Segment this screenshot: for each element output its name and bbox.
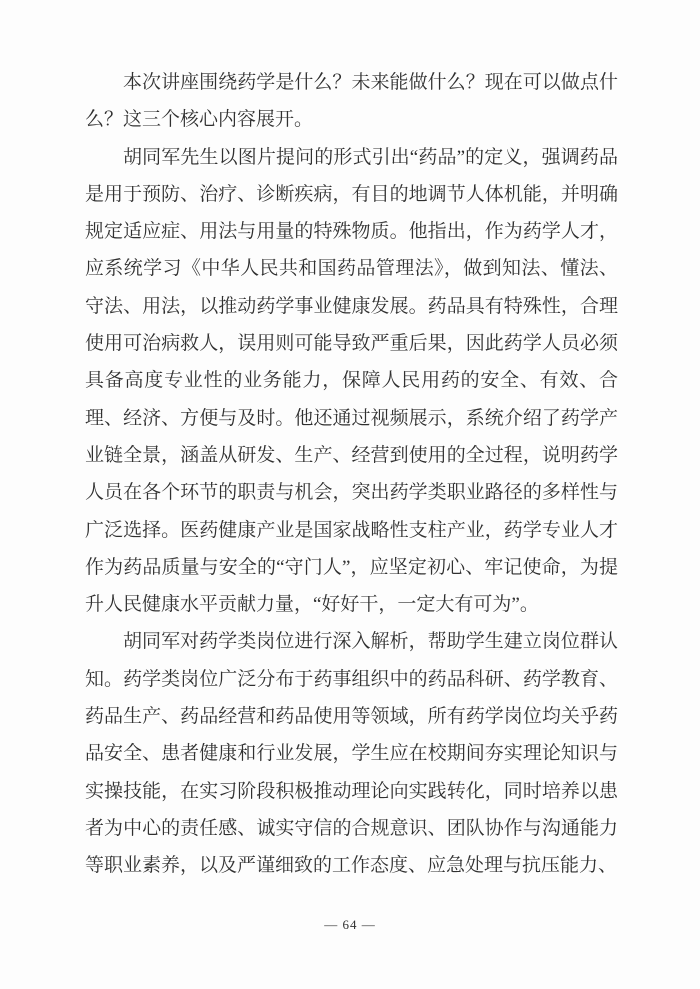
paragraph-drug-definition: 胡同军先生以图片提问的形式引出“药品”的定义，强调药品是用于预防、治疗、诊断疾病… [85, 139, 618, 624]
document-body: 本次讲座围绕药学是什么？未来能做什么？现在可以做点什么？这三个核心内容展开。 胡… [85, 64, 618, 885]
page-number: — 64 — [0, 917, 700, 933]
paragraph-job-analysis: 胡同军对药学类岗位进行深入解析，帮助学生建立岗位群认知。药学类岗位广泛分布于药事… [85, 623, 618, 884]
document-page: 本次讲座围绕药学是什么？未来能做什么？现在可以做点什么？这三个核心内容展开。 胡… [0, 0, 700, 989]
paragraph-lecture-intro: 本次讲座围绕药学是什么？未来能做什么？现在可以做点什么？这三个核心内容展开。 [85, 64, 618, 139]
